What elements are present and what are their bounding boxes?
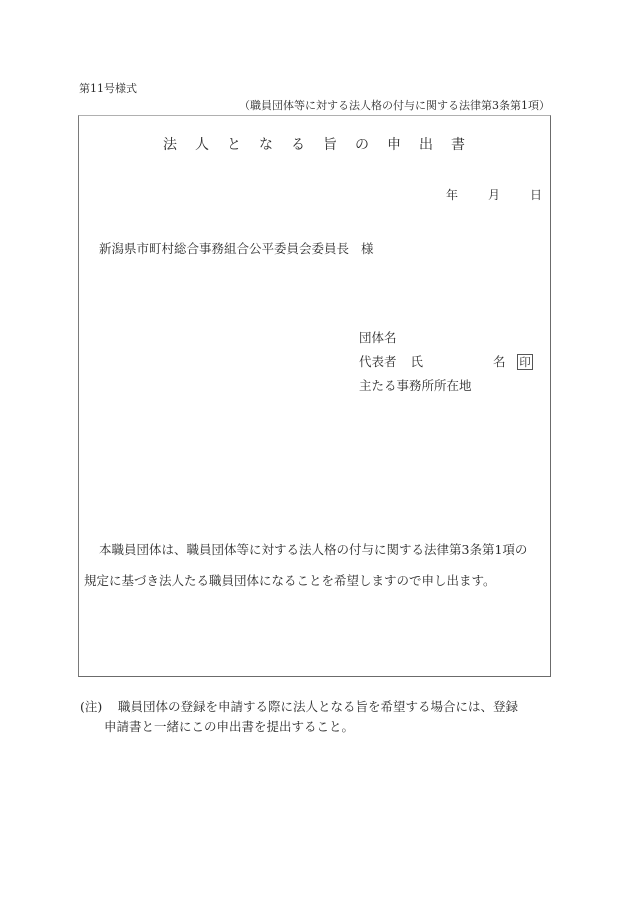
title-char: な: [259, 134, 274, 154]
title-char: 申: [387, 134, 402, 154]
title-char: 出: [419, 134, 434, 154]
addressee: 新潟県市町村総合事務組合公平委員会委員長様: [99, 239, 374, 257]
office-address-field[interactable]: 主たる事務所所在地: [359, 374, 472, 398]
law-reference: （職員団体等に対する法人格の付与に関する法律第3条第1項）: [239, 97, 550, 113]
note-line-2: 申請書と一緒にこの申出書を提出すること。: [80, 717, 518, 737]
office-label: 主たる事務所所在地: [359, 378, 472, 393]
given-name-label: 名: [493, 350, 506, 374]
form-number: 第11号様式: [79, 80, 137, 96]
form-title: 法人となる旨の申出書: [79, 134, 550, 154]
addressee-honorific: 様: [361, 241, 374, 256]
title-char: 書: [451, 134, 466, 154]
declaration-line-1: 本職員団体は、職員団体等に対する法人格の付与に関する法律第3条第1項の: [79, 534, 527, 565]
day-label: 日: [530, 186, 542, 203]
year-label: 年: [446, 186, 458, 203]
title-char: る: [291, 134, 306, 154]
date-field[interactable]: 年月日: [446, 186, 542, 203]
surname-label: 氏: [411, 354, 424, 369]
applicant-block: 団体名 代表者氏 名 印 主たる事務所所在地: [359, 326, 472, 398]
representative-field[interactable]: 代表者氏 名 印: [359, 350, 472, 374]
form-box: 法人となる旨の申出書 年月日 新潟県市町村総合事務組合公平委員会委員長様 団体名…: [78, 115, 551, 677]
note-line-1: (注)職員団体の登録を申請する際に法人となる旨を希望する場合には、登録: [80, 697, 518, 717]
organization-label: 団体名: [359, 330, 397, 345]
note-text-1: 職員団体の登録を申請する際に法人となる旨を希望する場合には、登録: [118, 699, 518, 714]
month-label: 月: [488, 186, 500, 203]
title-char: 人: [195, 134, 210, 154]
declaration-line-2: 規定に基づき法人たる職員団体になることを希望しますので申し出ます。: [79, 565, 527, 596]
note: (注)職員団体の登録を申請する際に法人となる旨を希望する場合には、登録 申請書と…: [80, 697, 518, 737]
title-char: と: [227, 134, 242, 154]
title-char: 旨: [323, 134, 338, 154]
title-char: 法: [163, 134, 178, 154]
note-label: (注): [80, 697, 118, 717]
title-char: の: [355, 134, 370, 154]
seal-mark-icon: 印: [517, 354, 533, 370]
addressee-name: 新潟県市町村総合事務組合公平委員会委員長: [99, 241, 349, 256]
representative-label: 代表者: [359, 354, 397, 369]
declaration-text: 本職員団体は、職員団体等に対する法人格の付与に関する法律第3条第1項の 規定に基…: [79, 534, 527, 596]
organization-name-field[interactable]: 団体名: [359, 326, 472, 350]
